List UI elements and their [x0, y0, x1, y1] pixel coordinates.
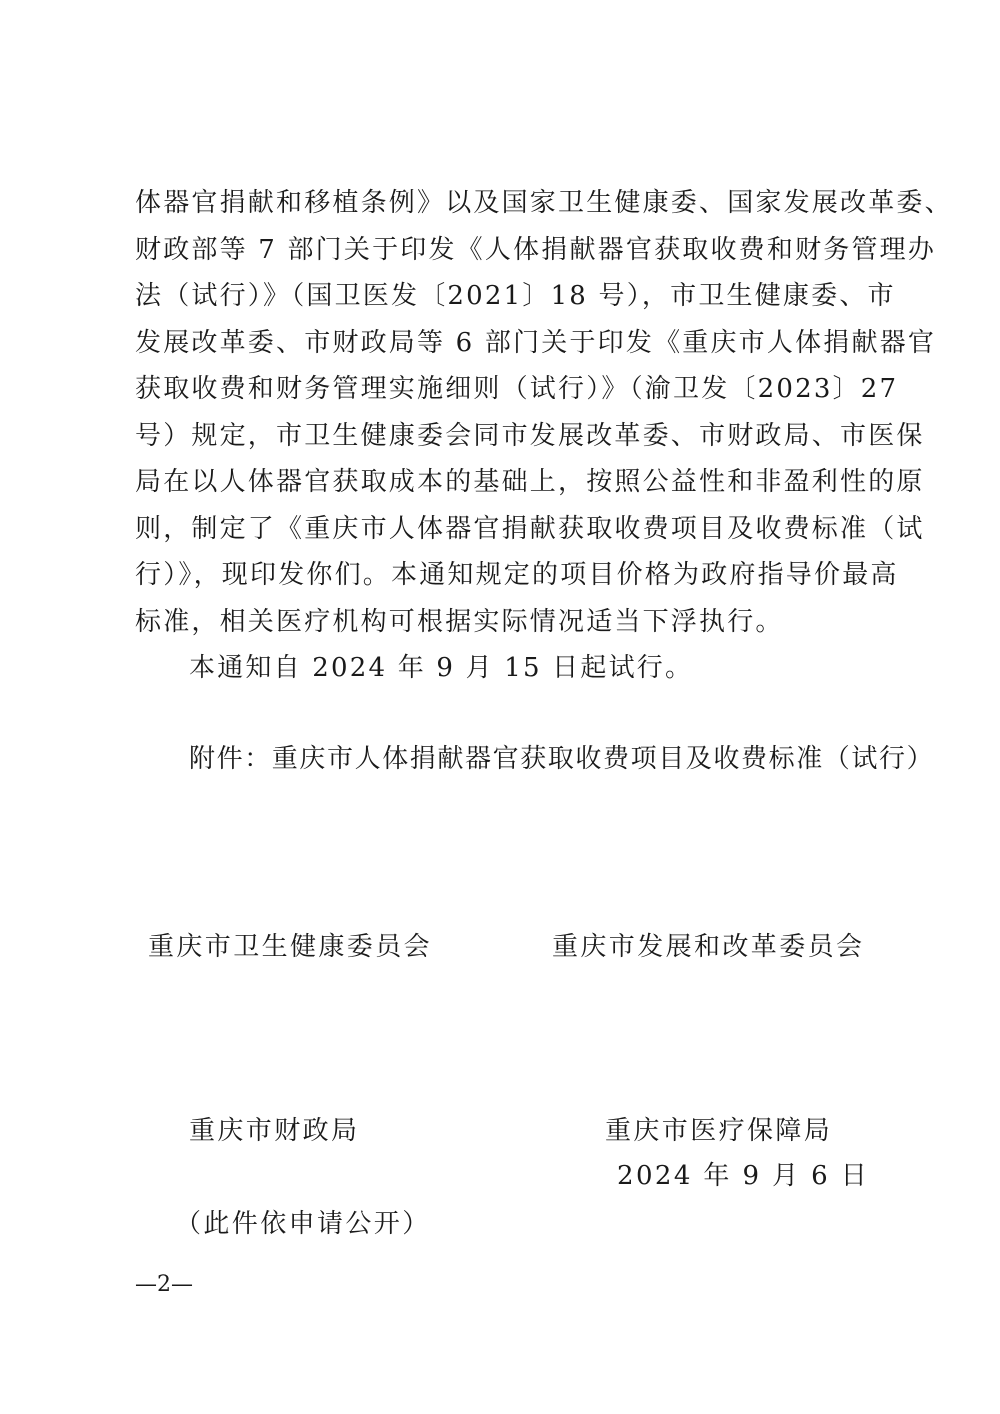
- effective-date-paragraph: 本通知自 2024 年 9 月 15 日起试行。: [135, 645, 880, 692]
- document-page: 体器官捐献和移植条例》以及国家卫生健康委、国家发展改革委、 财政部等 7 部门关…: [0, 0, 1000, 1414]
- body-line: 行）》，现印发你们。本通知规定的项目价格为政府指导价最高: [135, 552, 880, 599]
- signatory-health-commission: 重庆市卫生健康委员会: [148, 926, 432, 963]
- body-line: 局在以人体器官获取成本的基础上，按照公益性和非盈利性的原: [135, 459, 880, 506]
- signatory-finance-bureau: 重庆市财政局: [189, 1110, 359, 1147]
- body-line: 财政部等 7 部门关于印发《人体捐献器官获取收费和财务管理办: [135, 227, 880, 274]
- body-line: 号）规定，市卫生健康委会同市发展改革委、市财政局、市医保: [135, 413, 880, 460]
- issue-date: 2024 年 9 月 6 日: [617, 1155, 869, 1192]
- body-line: 标准，相关医疗机构可根据实际情况适当下浮执行。: [135, 599, 880, 646]
- body-line: 法（试行）》（国卫医发〔2021〕18 号），市卫生健康委、市: [135, 273, 880, 320]
- body-line: 则，制定了《重庆市人体器官捐献获取收费项目及收费标准（试: [135, 506, 880, 553]
- body-paragraph: 体器官捐献和移植条例》以及国家卫生健康委、国家发展改革委、 财政部等 7 部门关…: [135, 180, 880, 692]
- body-line: 获取收费和财务管理实施细则（试行）》（渝卫发〔2023〕27: [135, 366, 880, 413]
- signatory-development-reform-commission: 重庆市发展和改革委员会: [552, 926, 864, 963]
- body-line: 发展改革委、市财政局等 6 部门关于印发《重庆市人体捐献器官: [135, 320, 880, 367]
- body-line: 体器官捐献和移植条例》以及国家卫生健康委、国家发展改革委、: [135, 180, 880, 227]
- disclosure-note: （此件依申请公开）: [175, 1203, 431, 1240]
- page-number: —2—: [135, 1272, 193, 1297]
- attachment-note: 附件：重庆市人体捐献器官获取收费项目及收费标准（试行）: [189, 738, 934, 775]
- signatory-medical-security-bureau: 重庆市医疗保障局: [605, 1110, 832, 1147]
